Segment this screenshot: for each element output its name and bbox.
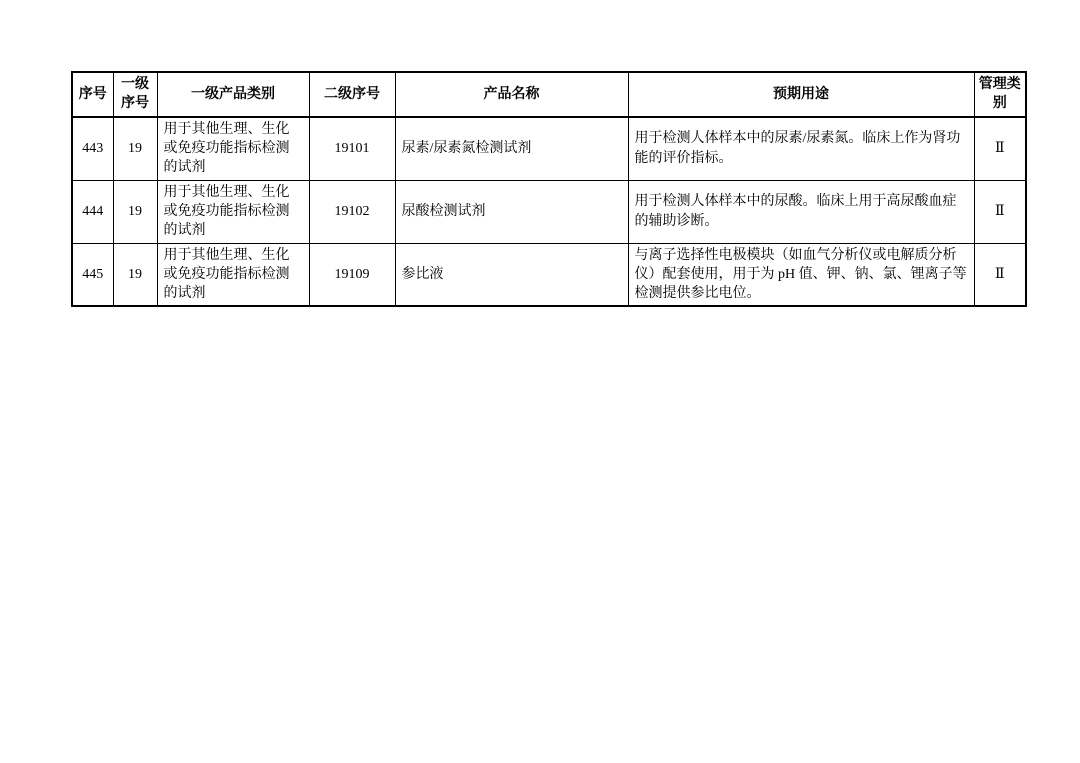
- cell-category: 用于其他生理、生化或免疫功能指标检测的试剂: [157, 117, 309, 180]
- header-product-name: 产品名称: [395, 72, 628, 117]
- table-header-row: 序号 一级序号 一级产品类别 二级序号 产品名称 预期用途 管理类别: [72, 72, 1026, 117]
- table-row-444: 444 19 用于其他生理、生化或免疫功能指标检测的试剂 19102 尿酸检测试…: [72, 180, 1026, 243]
- cell-level1-no: 19: [113, 117, 157, 180]
- cell-level2-no: 19109: [309, 243, 395, 306]
- cell-product-name: 尿酸检测试剂: [395, 180, 628, 243]
- cell-mgmt-class: Ⅱ: [974, 243, 1026, 306]
- cell-intended-use: 与离子选择性电极模块（如血气分析仪或电解质分析仪）配套使用，用于为 pH 值、钾…: [628, 243, 974, 306]
- header-mgmt-class: 管理类别: [974, 72, 1026, 117]
- cell-product-name: 尿素/尿素氮检测试剂: [395, 117, 628, 180]
- cell-level1-no: 19: [113, 243, 157, 306]
- cell-intended-use: 用于检测人体样本中的尿素/尿素氮。临床上作为肾功能的评价指标。: [628, 117, 974, 180]
- cell-category: 用于其他生理、生化或免疫功能指标检测的试剂: [157, 180, 309, 243]
- cell-intended-use: 用于检测人体样本中的尿酸。临床上用于高尿酸血症的辅助诊断。: [628, 180, 974, 243]
- cell-level1-no: 19: [113, 180, 157, 243]
- cell-seq: 445: [72, 243, 113, 306]
- cell-level2-no: 19101: [309, 117, 395, 180]
- header-intended-use: 预期用途: [628, 72, 974, 117]
- document-page: 序号 一级序号 一级产品类别 二级序号 产品名称 预期用途 管理类别 443 1…: [0, 0, 1080, 763]
- cell-seq: 444: [72, 180, 113, 243]
- product-catalog-table: 序号 一级序号 一级产品类别 二级序号 产品名称 预期用途 管理类别 443 1…: [71, 71, 1027, 307]
- table-row-445: 445 19 用于其他生理、生化或免疫功能指标检测的试剂 19109 参比液 与…: [72, 243, 1026, 306]
- cell-seq: 443: [72, 117, 113, 180]
- header-level2-no: 二级序号: [309, 72, 395, 117]
- header-level1-no: 一级序号: [113, 72, 157, 117]
- cell-level2-no: 19102: [309, 180, 395, 243]
- cell-category: 用于其他生理、生化或免疫功能指标检测的试剂: [157, 243, 309, 306]
- cell-mgmt-class: Ⅱ: [974, 180, 1026, 243]
- header-category: 一级产品类别: [157, 72, 309, 117]
- cell-product-name: 参比液: [395, 243, 628, 306]
- table-row-443: 443 19 用于其他生理、生化或免疫功能指标检测的试剂 19101 尿素/尿素…: [72, 117, 1026, 180]
- header-seq: 序号: [72, 72, 113, 117]
- cell-mgmt-class: Ⅱ: [974, 117, 1026, 180]
